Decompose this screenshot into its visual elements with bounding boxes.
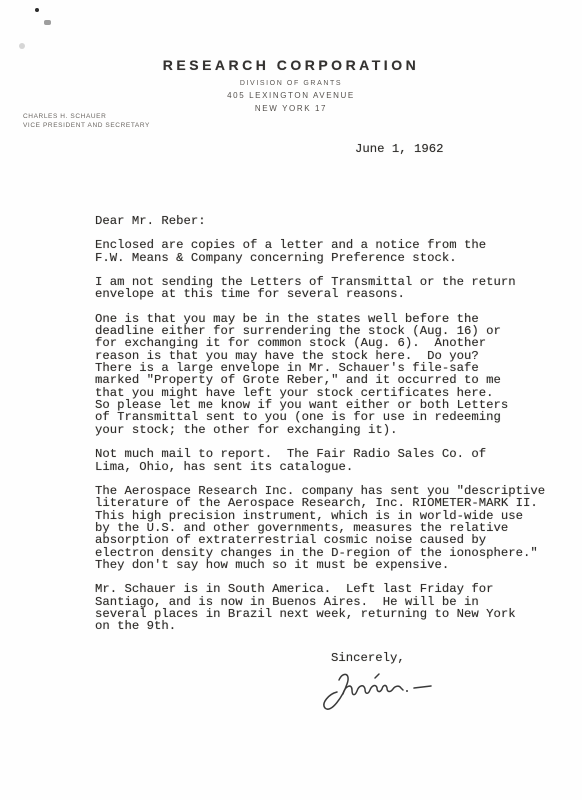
address-line: 405 LEXINGTON AVENUE xyxy=(0,91,582,100)
paragraph: I am not sending the Letters of Transmit… xyxy=(95,276,570,301)
scan-artifact xyxy=(19,43,25,49)
signature-scribble xyxy=(317,666,447,721)
paragraph: Not much mail to report. The Fair Radio … xyxy=(95,448,570,473)
officer-title: VICE PRESIDENT AND SECRETARY xyxy=(23,121,150,130)
scan-artifact xyxy=(35,8,39,12)
salutation: Dear Mr. Reber: xyxy=(95,215,570,227)
letter-page: RESEARCH CORPORATION DIVISION OF GRANTS … xyxy=(0,0,582,800)
paragraph: The Aerospace Research Inc. company has … xyxy=(95,485,570,571)
officer-name: CHARLES H. SCHAUER xyxy=(23,112,150,121)
date-line: June 1, 1962 xyxy=(355,142,444,156)
paragraph: One is that you may be in the states wel… xyxy=(95,313,570,436)
letter-body: Dear Mr. Reber: Enclosed are copies of a… xyxy=(95,215,570,721)
letterhead: RESEARCH CORPORATION DIVISION OF GRANTS … xyxy=(0,57,582,113)
closing: Sincerely, xyxy=(331,652,570,664)
paragraph: Mr. Schauer is in South America. Left la… xyxy=(95,583,570,632)
paragraph: Enclosed are copies of a letter and a no… xyxy=(95,239,570,264)
signature-handwritten xyxy=(317,666,570,721)
division-line: DIVISION OF GRANTS xyxy=(0,80,582,87)
company-name: RESEARCH CORPORATION xyxy=(0,57,582,73)
scan-artifact xyxy=(44,20,51,25)
officer-block: CHARLES H. SCHAUER VICE PRESIDENT AND SE… xyxy=(23,112,150,130)
